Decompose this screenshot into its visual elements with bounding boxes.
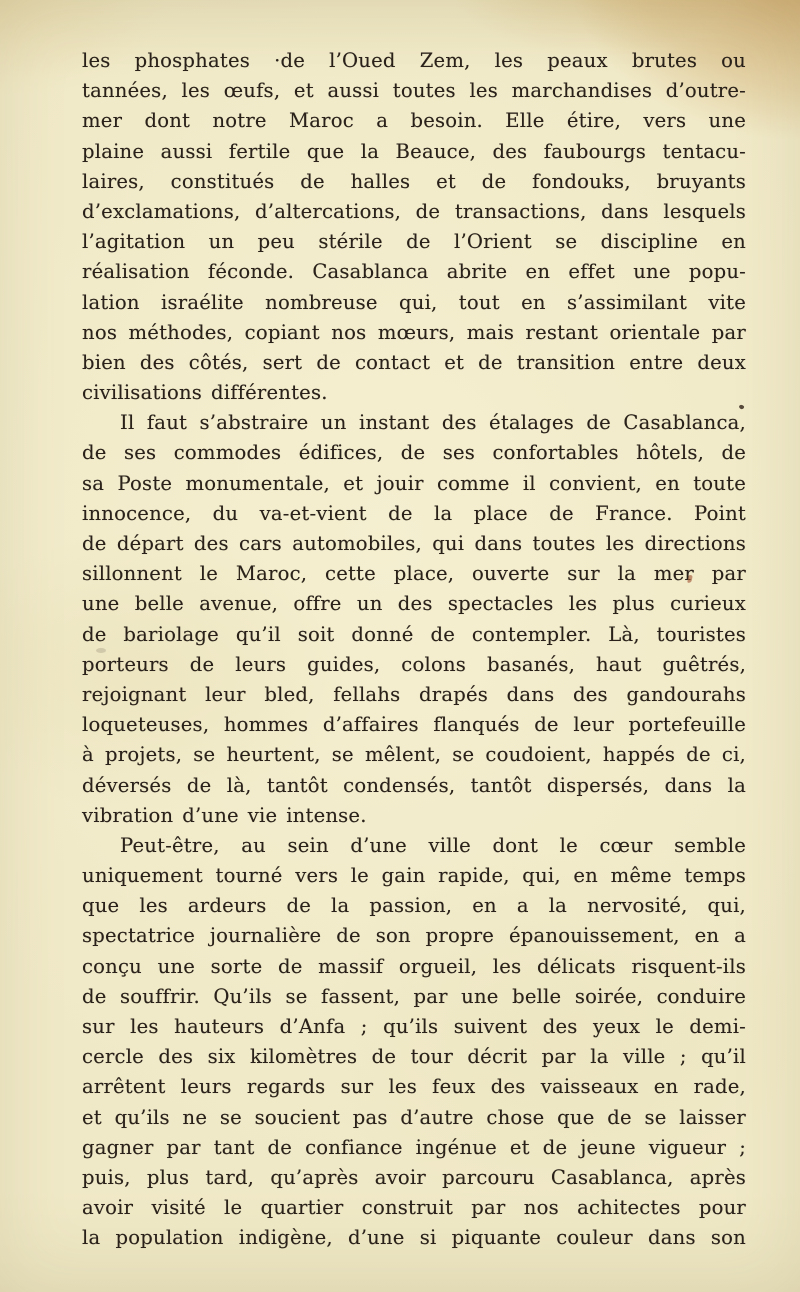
text-block: les phosphates ·de l’Oued Zem, les peaux… [82, 46, 746, 1254]
text-line: sillonnent le Maroc, cette place, ouvert… [82, 559, 746, 589]
text-line: déversés de là, tantôt condensés, tantôt… [82, 771, 746, 801]
text-line: puis, plus tard, qu’après avoir parcouru… [82, 1163, 746, 1193]
text-line: que les ardeurs de la passion, en a la n… [82, 891, 746, 921]
text-line: réalisation féconde. Casablanca abrite e… [82, 257, 746, 287]
text-line: porteurs de leurs guides, colons basanés… [82, 650, 746, 680]
text-line: mer dont notre Maroc a besoin. Elle étir… [82, 106, 746, 136]
text-line: gagner par tant de confiance ingénue et … [82, 1133, 746, 1163]
text-line: bien des côtés, sert de contact et de tr… [82, 348, 746, 378]
text-line: spectatrice journalière de son propre ép… [82, 921, 746, 951]
text-line: Peut-être, au sein d’une ville dont le c… [82, 831, 746, 861]
text-line: avoir visité le quartier construit par n… [82, 1193, 746, 1223]
text-line: de ses commodes édifices, de ses confort… [82, 438, 746, 468]
text-line: conçu une sorte de massif orgueil, les d… [82, 952, 746, 982]
text-line: uniquement tourné vers le gain rapide, q… [82, 861, 746, 891]
book-page: { "document": { "language": "fr", "type"… [0, 0, 800, 1292]
text-line: rejoignant leur bled, fellahs drapés dan… [82, 680, 746, 710]
text-line: une belle avenue, offre un des spectacle… [82, 589, 746, 619]
text-line: innocence, du va-et-vient de la place de… [82, 499, 746, 529]
text-line: nos méthodes, copiant nos mœurs, mais re… [82, 318, 746, 348]
text-line: plaine aussi fertile que la Beauce, des … [82, 137, 746, 167]
text-line: de souffrir. Qu’ils se fassent, par une … [82, 982, 746, 1012]
text-line: l’agitation un peu stérile de l’Orient s… [82, 227, 746, 257]
text-line: les phosphates ·de l’Oued Zem, les peaux… [82, 46, 746, 76]
text-line: Il faut s’abstraire un instant des étala… [82, 408, 746, 438]
text-line: et qu’ils ne se soucient pas d’autre cho… [82, 1103, 746, 1133]
text-line: de bariolage qu’il soit donné de contemp… [82, 620, 746, 650]
text-line: civilisations différentes. [82, 378, 746, 408]
text-line: de départ des cars automobiles, qui dans… [82, 529, 746, 559]
smudge-artifact [96, 648, 106, 653]
text-line: à projets, se heurtent, se mêlent, se co… [82, 740, 746, 770]
text-line: la population indigène, d’une si piquant… [82, 1223, 746, 1253]
text-line: sa Poste monumentale, et jouir comme il … [82, 469, 746, 499]
text-line: d’exclamations, d’altercations, de trans… [82, 197, 746, 227]
text-line: loqueteuses, hommes d’affaires flanqués … [82, 710, 746, 740]
text-line: arrêtent leurs regards sur les feux des … [82, 1072, 746, 1102]
text-line: cercle des six kilomètres de tour décrit… [82, 1042, 746, 1072]
text-line: laires, constitués de halles et de fondo… [82, 167, 746, 197]
text-line: vibration d’une vie intense. [82, 801, 746, 831]
text-line: lation israélite nombreuse qui, tout en … [82, 288, 746, 318]
text-line: sur les hauteurs d’Anfa ; qu’ils suivent… [82, 1012, 746, 1042]
text-line: tannées, les œufs, et aussi toutes les m… [82, 76, 746, 106]
